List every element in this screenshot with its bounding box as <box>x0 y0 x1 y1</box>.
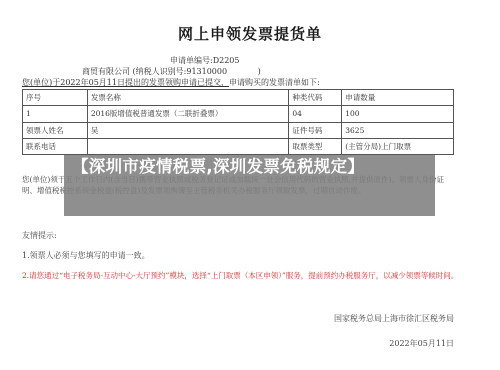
table-cell: 联系电话 <box>23 138 88 154</box>
table-cell: 序号 <box>23 90 88 106</box>
intro-sentence: 您(单位)于2022年05月11日提出的发票领购申请已提交，申请购买的发票清单如… <box>22 77 320 88</box>
table-row: 联系电话 取票类型 (主管分局)上门取票 <box>23 138 454 154</box>
table-cell: 证件号码 <box>289 122 342 138</box>
table-cell: 2016版增值税普通发票（二联折叠票） <box>87 106 289 122</box>
table-cell: 04 <box>289 106 342 122</box>
intro-rest: 申请购买的发票清单如下: <box>229 78 320 87</box>
table-cell: 申请数量 <box>342 90 454 106</box>
application-number: 申请单编号:D2205 <box>170 55 239 66</box>
tip-item-1: 1.领票人必须与您填写的申请一致。 <box>22 250 150 261</box>
overlay-headline: 【深圳市疫情税票,深圳发票免税规定】 <box>72 157 432 177</box>
document-page: 网上申领发票提货单 申请单编号:D2205 商贸有限公司 (纳税人识别号:913… <box>0 0 500 370</box>
issuing-authority: 国家税务总局上海市徐汇区税务局 <box>334 313 454 324</box>
table-row: 1 2016版增值税普通发票（二联折叠票） 04 100 <box>23 106 454 122</box>
table-cell: 领票人姓名 <box>23 122 88 138</box>
issue-date: 2022年05月11日 <box>389 338 454 349</box>
intro-underlined: 您(单位)于2022年05月11日提出的发票领购申请已提交， <box>22 78 229 87</box>
invoice-table: 序号 发票名称 种类代码 申请数量 1 2016版增值税普通发票（二联折叠票） … <box>22 89 454 155</box>
company-line: 商贸有限公司 (纳税人识别号:91310000 ) <box>82 66 261 77</box>
document-title: 网上申领发票提货单 <box>0 23 500 44</box>
tips-heading: 友情提示: <box>22 230 57 241</box>
table-cell: (主管分局)上门取票 <box>342 138 454 154</box>
table-row: 领票人姓名 吴 证件号码 3625 <box>23 122 454 138</box>
table-cell: 种类代码 <box>289 90 342 106</box>
table-cell: 吴 <box>87 122 289 138</box>
table-row-header: 序号 发票名称 种类代码 申请数量 <box>23 90 454 106</box>
tip-item-2: 2.请您通过“电子税务局-互动中心-大厅预约”模块，选择“上门取票（本区申领）”… <box>22 270 462 282</box>
table-cell: 100 <box>342 106 454 122</box>
table-cell: 发票名称 <box>87 90 289 106</box>
table-cell: 3625 <box>342 122 454 138</box>
table-cell: 取票类型 <box>289 138 342 154</box>
table-cell <box>87 138 289 154</box>
table-cell: 1 <box>23 106 88 122</box>
